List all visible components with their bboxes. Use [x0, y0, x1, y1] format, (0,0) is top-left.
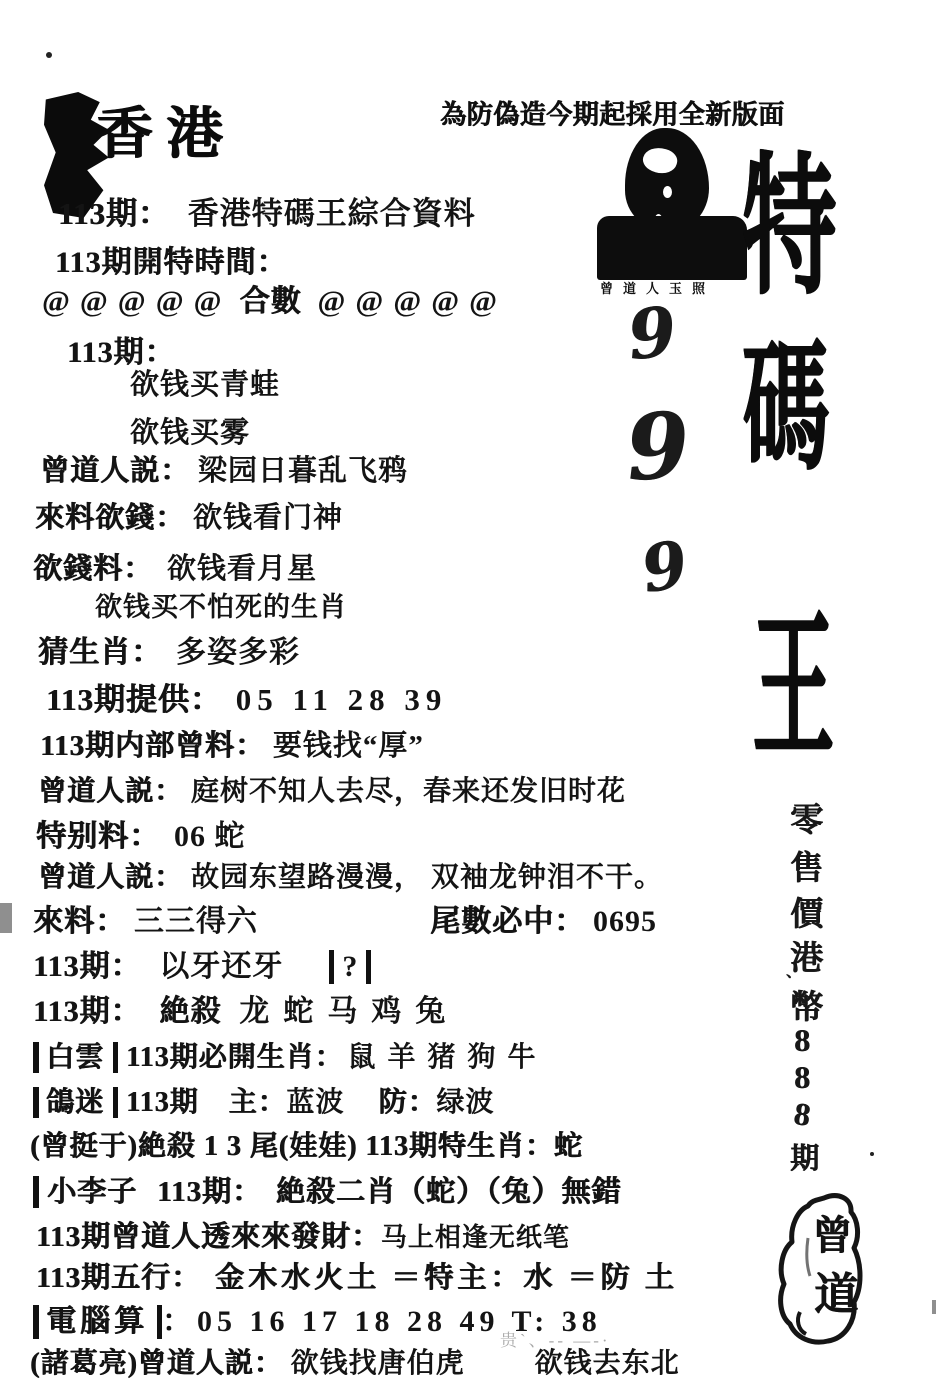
column-tag: 鴿迷	[33, 1087, 118, 1118]
zodiac-list: 龙蛇马鸡兔	[239, 995, 459, 1028]
masthead-title-char: 碼	[742, 340, 829, 480]
kill-label: 絶殺	[159, 995, 221, 1028]
side-column-char: 幣	[790, 981, 823, 1028]
line-text: 欲钱买不怕死的生肖	[95, 592, 347, 622]
side-column-char: 零	[790, 794, 823, 841]
line-label: 猜生肖：	[38, 636, 162, 669]
scanned-tipsheet-page: 香港 為防偽造今期起採用全新版面 曾道人玉照 9 9 9 特 碼 王 零 售 價…	[0, 0, 939, 1388]
line-label: 曾道人説：	[38, 776, 183, 807]
line-zhugeliang: (諸葛亮)曾道人説：欲钱找唐伯虎欲钱去东北	[30, 1348, 680, 1379]
decorative-nine: 9	[625, 298, 679, 371]
line-label: 113期：	[157, 1176, 262, 1208]
line-zengdaoren-says-3: 曾道人説：故园东望路漫漫， 双袖龙钟泪不干。	[38, 862, 663, 893]
line-text: 以牙还牙	[159, 950, 283, 983]
line-money-fog: 欲钱买雾	[130, 417, 250, 449]
line-label: 113期開特時間：	[55, 246, 287, 279]
at-symbols-left: @@@@@	[42, 285, 232, 318]
line-label: 特别料：	[36, 820, 160, 853]
side-column-char: 價	[790, 888, 823, 935]
side-column-mark: 、	[786, 962, 800, 982]
anti-forgery-notice: 為防偽造今期起採用全新版面	[440, 94, 785, 132]
seal-char: 曾	[812, 1204, 852, 1261]
scan-speck	[46, 52, 52, 58]
scan-speck	[870, 1152, 874, 1156]
line-text: 马上相逢无纸笔	[381, 1223, 570, 1252]
line-tooth-for-tooth: 113期：以牙还牙?	[33, 950, 371, 984]
line-guess-zodiac: 猜生肖：多姿多彩	[38, 636, 300, 670]
column-tag: 白雲	[33, 1042, 118, 1073]
question-badge: ?	[329, 950, 371, 984]
line-text: 絶殺二肖（蛇）（兔）無錯	[276, 1176, 622, 1208]
decorative-nine: 9	[637, 533, 692, 604]
line-label: 113期	[126, 1087, 198, 1118]
line-text: 欲钱买青蛙	[130, 369, 280, 401]
line-xiaolizi-kill: 小李子113期：絶殺二肖（蛇）（兔）無錯	[33, 1176, 621, 1208]
line-text: 欲钱找唐伯虎	[291, 1348, 465, 1379]
line-label: 113期：	[58, 196, 170, 231]
line-text: 梁园日暮乱飞鸦	[198, 455, 408, 487]
line-label: 欲錢料：	[33, 553, 153, 585]
sum-label: 合數	[240, 285, 302, 318]
line-label: 113期：	[33, 950, 141, 983]
region-title: 香港	[96, 90, 236, 170]
side-column-char: 8	[792, 1095, 813, 1134]
line-money-tip: 欲錢料：欲钱看月星	[33, 553, 317, 585]
provided-numbers: 05 11 28 39	[236, 682, 448, 717]
line-label: 113期必開生肖：	[126, 1042, 343, 1073]
seal-stamp: 曾 道	[778, 1192, 878, 1347]
line-zengdaoren-says-2: 曾道人説：庭树不知人去尽，春来还发旧时花	[38, 776, 626, 807]
guard-wave-value: 绿波	[437, 1087, 495, 1118]
side-column-char: 8	[794, 1059, 810, 1096]
line-label: 來料欲錢：	[35, 502, 185, 534]
portrait-speck	[663, 186, 672, 198]
line-five-elements: 113期五行：金木水火土 ＝特主：水 ＝防 土	[36, 1262, 678, 1294]
line-sum-row: @@@@@合數@@@@@	[42, 285, 507, 319]
scan-smear	[0, 903, 12, 933]
line-incoming-and-tail: 來料：三三得六 尾數必中：0695	[33, 905, 258, 939]
line-text-2: 欲钱去东北	[535, 1348, 680, 1379]
main-wave-label: 主：	[228, 1087, 286, 1118]
line-text: 三三得六	[134, 905, 258, 938]
line-label: (諸葛亮)曾道人説：	[30, 1348, 283, 1379]
line-text: 欲钱看门神	[193, 502, 343, 534]
line-issue-provide: 113期提供：05 11 28 39	[46, 683, 447, 718]
line-text: 欲钱买雾	[130, 417, 250, 449]
line-zengtingyu-kill: (曾挺于)絶殺 1 3 尾(娃娃) 113期特生肖：蛇	[30, 1131, 583, 1162]
line-zengdaoren-fortune: 113期曾道人透來來發財：马上相逢无纸笔	[36, 1221, 570, 1253]
masthead-title-char: 王	[752, 610, 834, 768]
line-text: 欲钱看月星	[167, 553, 317, 585]
line-text: (曾挺于)絶殺 1 3 尾(娃娃) 113期特生肖：蛇	[30, 1131, 583, 1162]
at-symbols-right: @@@@@	[318, 285, 508, 318]
side-column-char: 期	[790, 1136, 819, 1177]
line-label: 113期：	[33, 995, 141, 1028]
line-label: 113期提供：	[46, 682, 222, 717]
portrait-shoulders	[597, 216, 747, 280]
main-wave-value: 蓝波	[287, 1087, 345, 1118]
line-text: 要钱找“厚”	[273, 730, 424, 762]
line-label: 尾數必中：	[430, 905, 585, 938]
portrait-silhouette	[597, 128, 747, 280]
line-text: 故园东望路漫漫， 双袖龙钟泪不干。	[191, 862, 663, 893]
line-text: 香港特碼王綜合資料	[188, 196, 476, 231]
line-gemi-waves: 鴿迷113期主：蓝波防：绿波	[33, 1087, 495, 1118]
line-issue-label: 113期：	[67, 336, 175, 370]
faint-scribble: 贵ˋ、-- —-·	[500, 1326, 611, 1351]
line-text: 多姿多彩	[176, 636, 300, 669]
line-fearless-zodiac: 欲钱买不怕死的生肖	[95, 592, 347, 622]
line-special-tip: 特别料：06 蛇	[36, 820, 246, 854]
line-label: 曾道人説：	[40, 455, 190, 487]
column-tag: 電腦算	[33, 1305, 162, 1339]
line-label: 113期内部曾料：	[40, 730, 265, 762]
line-draw-time: 113期開特時間：	[55, 246, 287, 280]
column-tag: 小李子	[33, 1176, 143, 1208]
masthead-title-char: 特	[742, 152, 836, 304]
line-label: 來料：	[33, 905, 126, 938]
line-baiyun-must-open: 白雲113期必開生肖：鼠羊猪狗牛	[33, 1042, 548, 1073]
line-kill-zodiacs: 113期：絶殺龙蛇马鸡兔	[33, 995, 459, 1029]
line-label: 113期曾道人透來來發財：	[36, 1221, 381, 1253]
guard-wave-label: 防：	[379, 1087, 437, 1118]
line-label: 113期：	[67, 336, 175, 369]
side-column-char: 8	[794, 1022, 810, 1059]
seal-char: 道	[814, 1258, 858, 1322]
decorative-nine: 9	[623, 400, 692, 494]
line-label: 曾道人説：	[38, 862, 183, 893]
line-incoming-tip: 來料欲錢：欲钱看门神	[35, 502, 343, 534]
line-internal-tip: 113期内部曾料：要钱找“厚”	[40, 730, 424, 762]
side-column-char: 售	[790, 842, 823, 889]
line-text: 金木水火土 ＝特主：水 ＝防 土	[215, 1262, 678, 1294]
line-zengdaoren-says-1: 曾道人説：梁园日暮乱飞鸦	[40, 455, 408, 487]
tail-must-hit: 尾數必中：0695	[430, 905, 657, 939]
zodiac-list: 鼠羊猪狗牛	[347, 1042, 547, 1073]
tail-numbers: 0695	[593, 905, 657, 938]
scan-smear	[932, 1300, 936, 1314]
line-issue-info: 113期：香港特碼王綜合資料	[58, 197, 476, 232]
line-text: 庭树不知人去尽，春来还发旧时花	[191, 776, 626, 807]
line-label: 113期五行：	[36, 1262, 201, 1294]
line-text: 06 蛇	[174, 820, 246, 853]
line-money-frog: 欲钱买青蛙	[130, 369, 280, 401]
